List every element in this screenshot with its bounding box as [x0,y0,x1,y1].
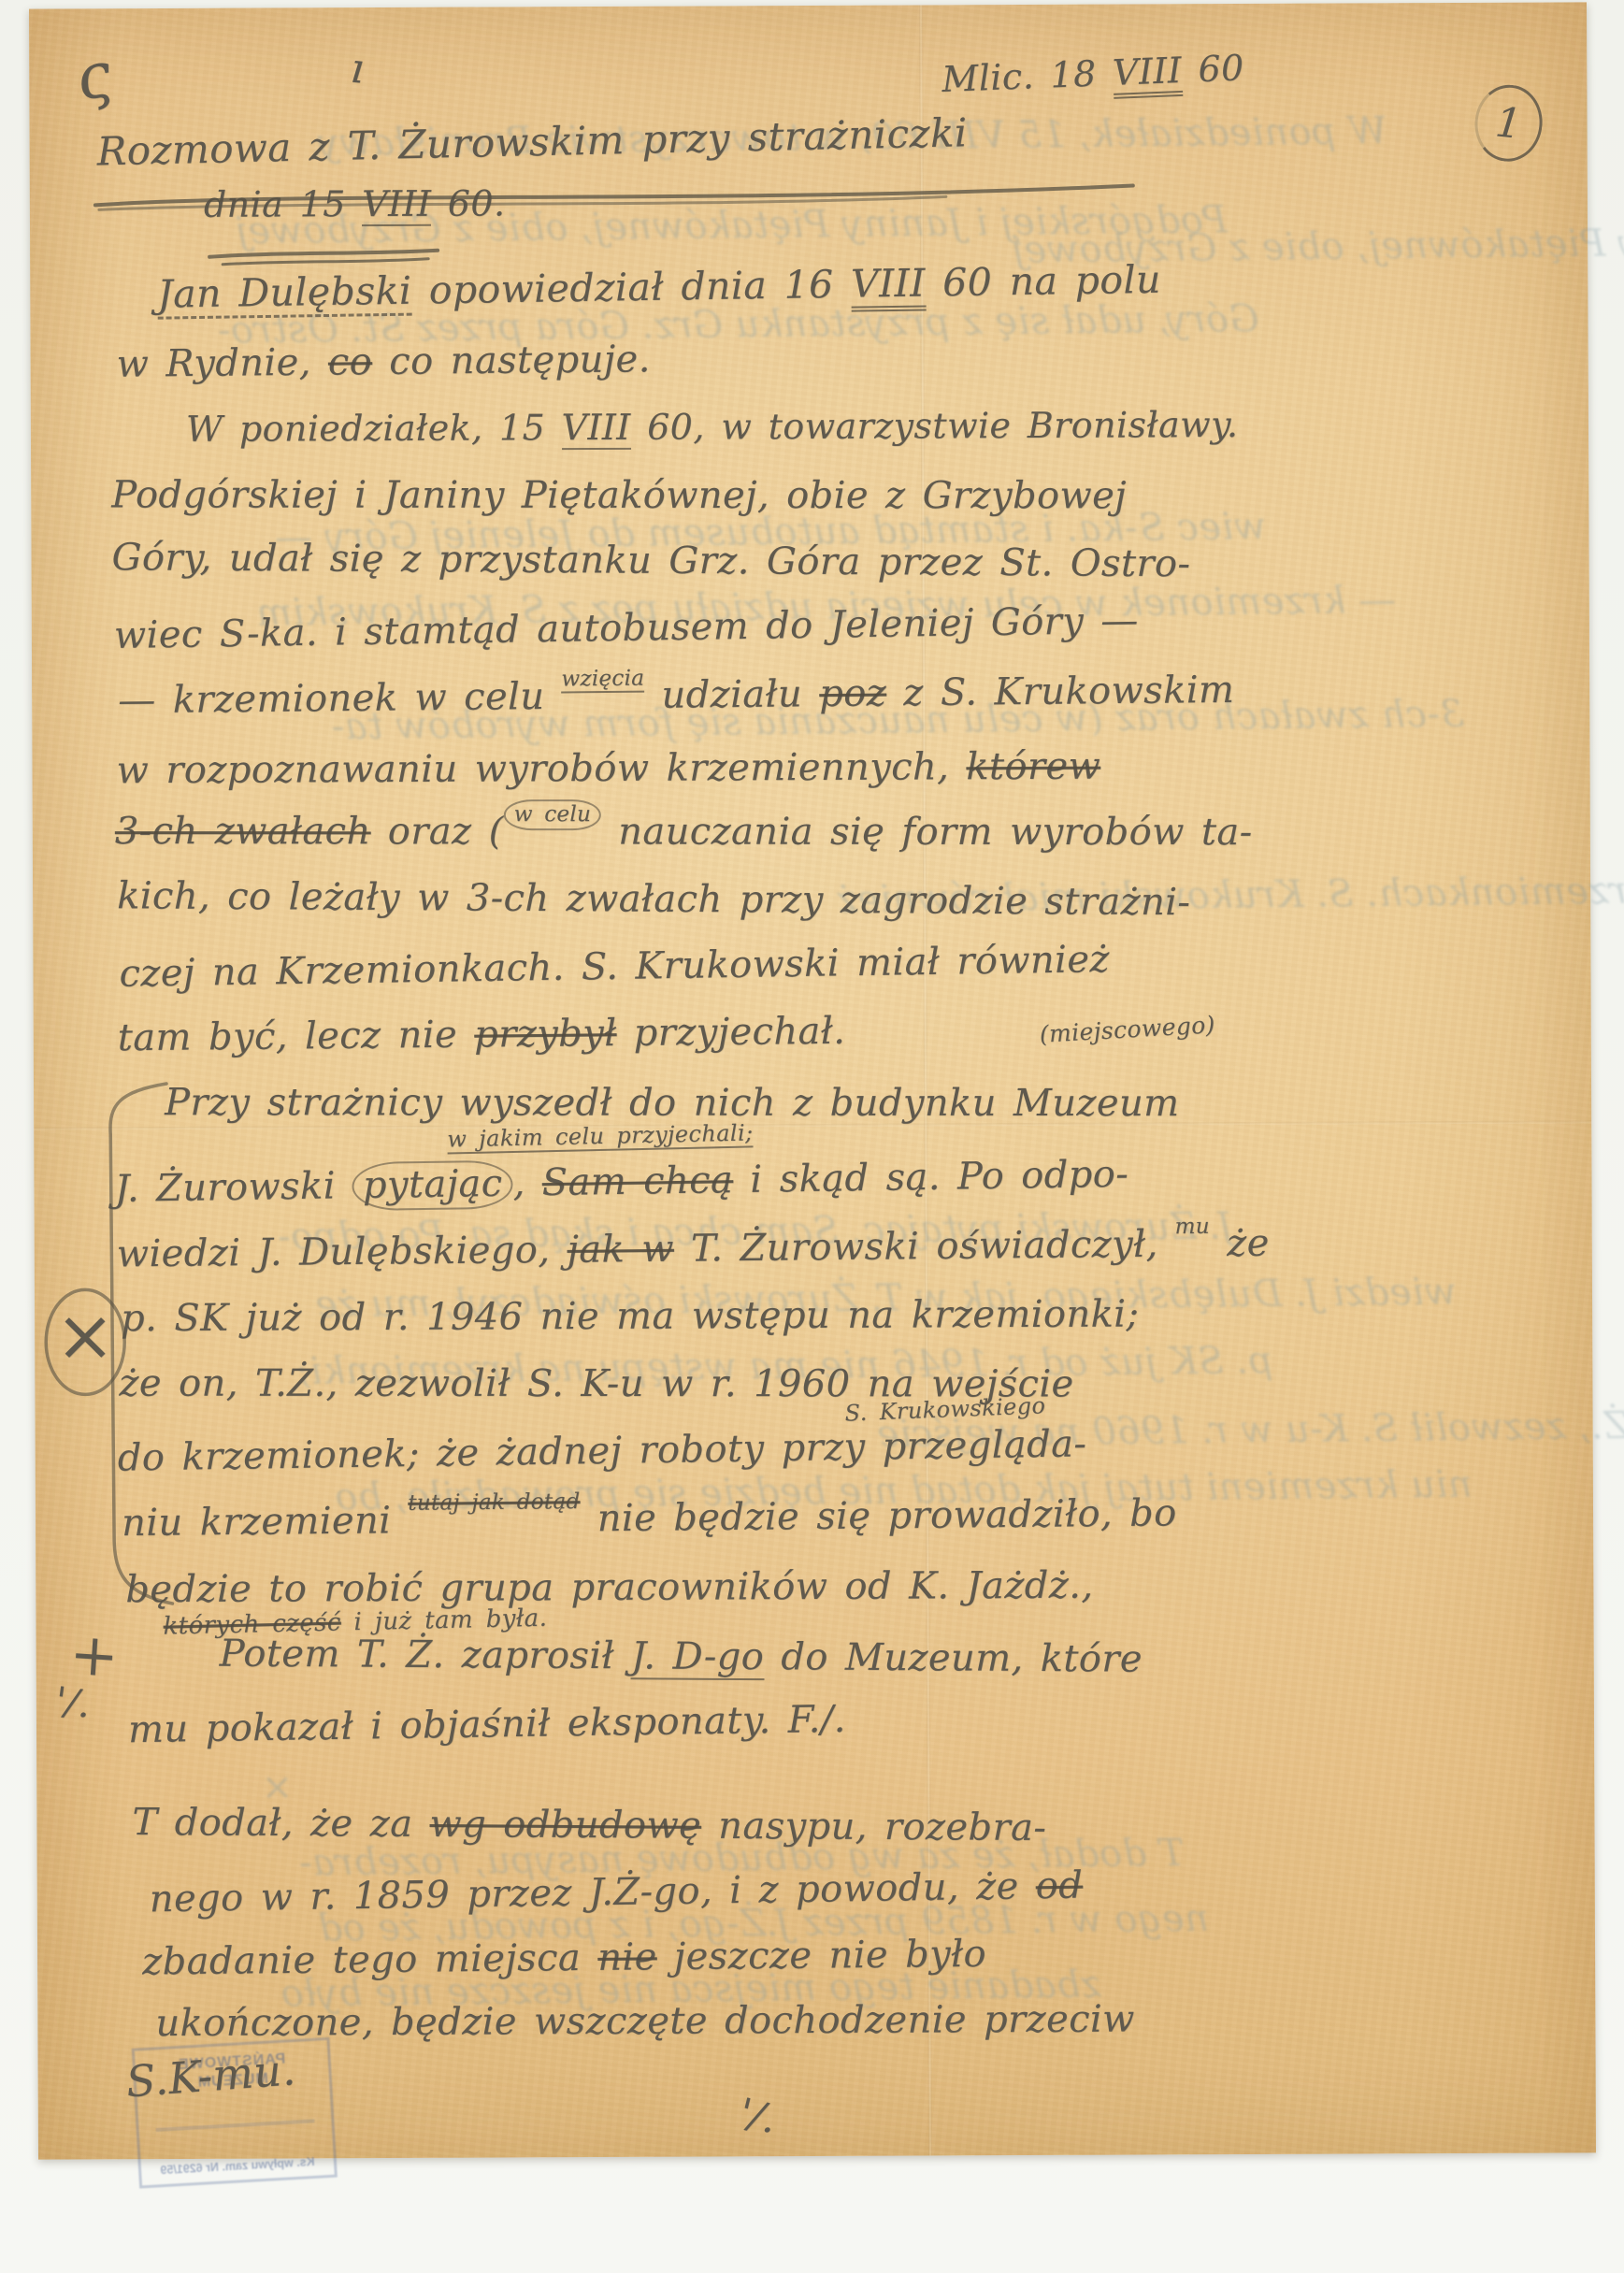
handwriting-segment: zbadanie tego miejsca [142,1936,598,1984]
handwriting-segment: p. SK już od r. 1946 nie ma wstępu na kr… [121,1292,1139,1340]
handwriting-segment: Jan Dulębski [157,268,412,320]
verso-bleed-through: W poniedziałek, 15 VIII 60, w towarzystw… [29,2,1587,8]
body-line: czej na Krzemionkach. S. Krukowski miał … [119,938,1110,996]
body-line: Podgórskiej i Janiny Piętakównej, obie z… [111,473,1127,517]
inserted-note: w jakim celu przyjechali; [447,1119,754,1152]
handwriting-segment: Podgórskiej i Janiny Piętakównej, obie z… [111,473,1127,517]
handwriting-segment: VIII [851,260,927,311]
handwriting-segment: co [328,340,373,383]
handwriting-segment: z S. Krukowskim [886,669,1235,715]
handwriting-segment: pytając [352,1160,513,1212]
handwriting-segment: w celu [504,799,602,830]
paper-sheet: W poniedziałek, 15 VIII 60, w towarzystw… [29,2,1596,2159]
handwriting-segment: nie [597,1935,657,1979]
body-line: Potem T. Ż. zaprosił J. D-go do Muzeum, … [220,1633,1143,1681]
handwriting-segment: do Muzeum, które [764,1635,1143,1680]
handwriting-segment: W poniedziałek, 15 [186,407,562,450]
body-line: będzie to robić grupa pracowników od K. … [125,1564,1093,1612]
handwriting-segment: jak w [567,1228,674,1272]
stamp-rule [155,2119,315,2131]
handwriting-segment: 60 [1181,47,1244,91]
handwriting-segment: ı [349,45,367,94]
handwriting-segment: J. D-go [631,1634,764,1680]
handwriting-segment: w Rydnie, [116,341,328,386]
handwriting-segment: nasypu, rozebra- [701,1805,1046,1849]
handwriting-segment: '/. [52,1679,93,1727]
handwriting-segment: przyjechał. [616,1010,845,1055]
page-number-value: 1 [1493,98,1524,149]
handwriting-segment: tutaj jak dotąd [408,1489,580,1516]
margin-check-mark: '/. [52,1679,93,1727]
handwriting-segment: nie będzie się prowadziło, bo [580,1491,1176,1540]
handwriting-segment: × [55,1293,115,1376]
handwriting-segment: w rozpoznawaniu wyrobów krzemiennych, [116,745,966,792]
handwriting-segment: w jakim celu przyjechali; [447,1119,754,1154]
handwriting-segment: (miejscowego) [1039,1011,1215,1048]
body-line: mu pokazał i objaśnił eksponaty. F./. [128,1698,846,1751]
body-line: p. SK już od r. 1946 nie ma wstępu na kr… [121,1292,1139,1340]
handwriting-segment: '/. [735,2089,783,2142]
document-title: Rozmowa z T. Żurowskim przy strażniczki [96,109,968,174]
handwriting-segment: nauczania się form wyrobów ta- [601,811,1252,855]
stamp-register-number: Ks. wpływu zam. Nr 6291/59 [160,2155,315,2177]
handwriting-segment: i skąd są. Po odpo- [733,1153,1129,1201]
handwriting-segment: J. Żurowski [114,1164,352,1211]
body-line: niu krzemieni tutaj jak dotąd nie będzie… [122,1491,1177,1545]
handwriting-segment: udziału [644,672,819,717]
handwriting-segment: od [1035,1864,1083,1908]
body-line: kich, co leżały w 3-ch zwałach przy zagr… [117,874,1190,924]
margin-x-mark: × [55,1293,115,1376]
handwriting-segment: VIII [362,183,431,226]
handwriting-segment: wzięcia [561,666,644,694]
handwriting-segment: jeszcze nie było [656,1933,986,1978]
stray-pencil-stroke: ı [349,45,367,94]
handwriting-segment: Rozmowa z T. Żurowskim przy strażniczki [96,109,968,174]
body-line: W poniedziałek, 15 VIII 60, w towarzystw… [186,404,1239,450]
handwriting-segment: T. Żurowski oświadczył, [674,1223,1175,1271]
handwriting-segment: 60. [431,182,505,223]
handwriting-segment: Mlic. [941,54,1052,100]
handwriting-segment: wg odbudowę [429,1803,701,1848]
handwriting-segment: mu [1174,1214,1210,1239]
body-line: ukończone, będzie wszczęte dochodzenie p… [155,1998,1135,2046]
handwriting-segment: przybył [474,1012,617,1056]
handwriting-segment: 3-ch zwałach [115,810,371,853]
handwriting-segment: Góry, udał się z przystanku Grz. Góra pr… [111,536,1190,585]
handwriting-segment: którew [966,745,1100,789]
handwriting-layer: ςıMlic. 18 VIII 60Rozmowa z T. Żurowskim… [29,2,1587,8]
handwriting-segment: opowiedział dnia 16 [411,262,851,313]
handwriting-segment: Przy strażnicy wyszedł do nich z budynku… [165,1081,1179,1125]
body-line: tam być, lecz nie przybył przyjechał. [118,1010,846,1059]
body-line: T dodał, że za wg odbudowę nasypu, rozeb… [132,1801,1046,1849]
handwriting-segment: , [512,1161,542,1204]
handwriting-segment: oraz ( [371,810,504,853]
body-line: Przy strażnicy wyszedł do nich z budynku… [165,1081,1179,1125]
handwriting-segment: kich, co leżały w 3-ch zwałach przy zagr… [117,874,1190,924]
handwriting-segment: niu krzemieni [122,1499,409,1545]
scanned-document: W poniedziałek, 15 VIII 60, w towarzystw… [0,0,1624,2273]
handwriting-segment: 60 na polu [925,257,1161,306]
handwriting-segment: Potem T. Ż. zaprosił [220,1633,632,1678]
stray-pencil-loop: ς [69,37,119,115]
handwriting-segment: 60, w towarzystwie Bronisławy. [631,404,1239,448]
body-line: w rozpoznawaniu wyrobów krzemiennych, kt… [116,745,1100,793]
body-line: zbadanie tego miejsca nie jeszcze nie by… [142,1933,986,1984]
bottom-correction-mark: '/. [735,2089,783,2142]
title-date-line: dnia 15 VIII 60. [204,182,506,224]
handwriting-segment: VIII [1112,50,1183,99]
handwriting-segment: + [67,1619,121,1690]
handwriting-segment: ς [69,37,119,115]
handwriting-segment: i już tam była. [340,1604,547,1637]
handwriting-segment: że [1210,1222,1270,1266]
body-line: J. Żurowski pytając, Sam chcą i skąd są.… [114,1153,1128,1211]
margin-plus-mark: + [67,1619,121,1690]
handwriting-segment: dnia 15 [204,183,363,225]
body-line: Góry, udał się z przystanku Grz. Góra pr… [111,536,1190,585]
handwriting-segment: — krzemionek w celu [118,675,562,723]
handwriting-segment: czej na Krzemionkach. S. Krukowski miał … [119,938,1110,996]
handwriting-segment: 18 [1050,52,1114,96]
handwriting-segment: T dodał, że za [132,1801,429,1846]
date-underline-2 [223,259,428,265]
handwriting-segment: co następuje. [372,338,651,383]
handwriting-segment: wiedzi J. Dulębskiego, [117,1229,568,1276]
handwriting-segment: mu pokazał i objaśnił eksponaty. F./. [128,1698,846,1751]
handwriting-segment: tam być, lecz nie [118,1014,475,1060]
handwriting-segment: Sam chcą [541,1158,733,1204]
body-line: w Rydnie, co co następuje. [116,338,651,385]
handwriting-segment: będzie to robić grupa pracowników od K. … [125,1564,1093,1612]
handwriting-segment: poz [819,671,886,715]
body-line: 3-ch zwałach oraz (w celu nauczania się … [115,810,1253,854]
annotation-date: Mlic. 18 VIII 60 [941,47,1245,100]
handwriting-segment: ukończone, będzie wszczęte dochodzenie p… [155,1998,1135,2046]
page-number: 1 [1472,81,1546,165]
inserted-note: (miejscowego) [1039,1011,1215,1048]
handwriting-segment: VIII [561,407,630,450]
